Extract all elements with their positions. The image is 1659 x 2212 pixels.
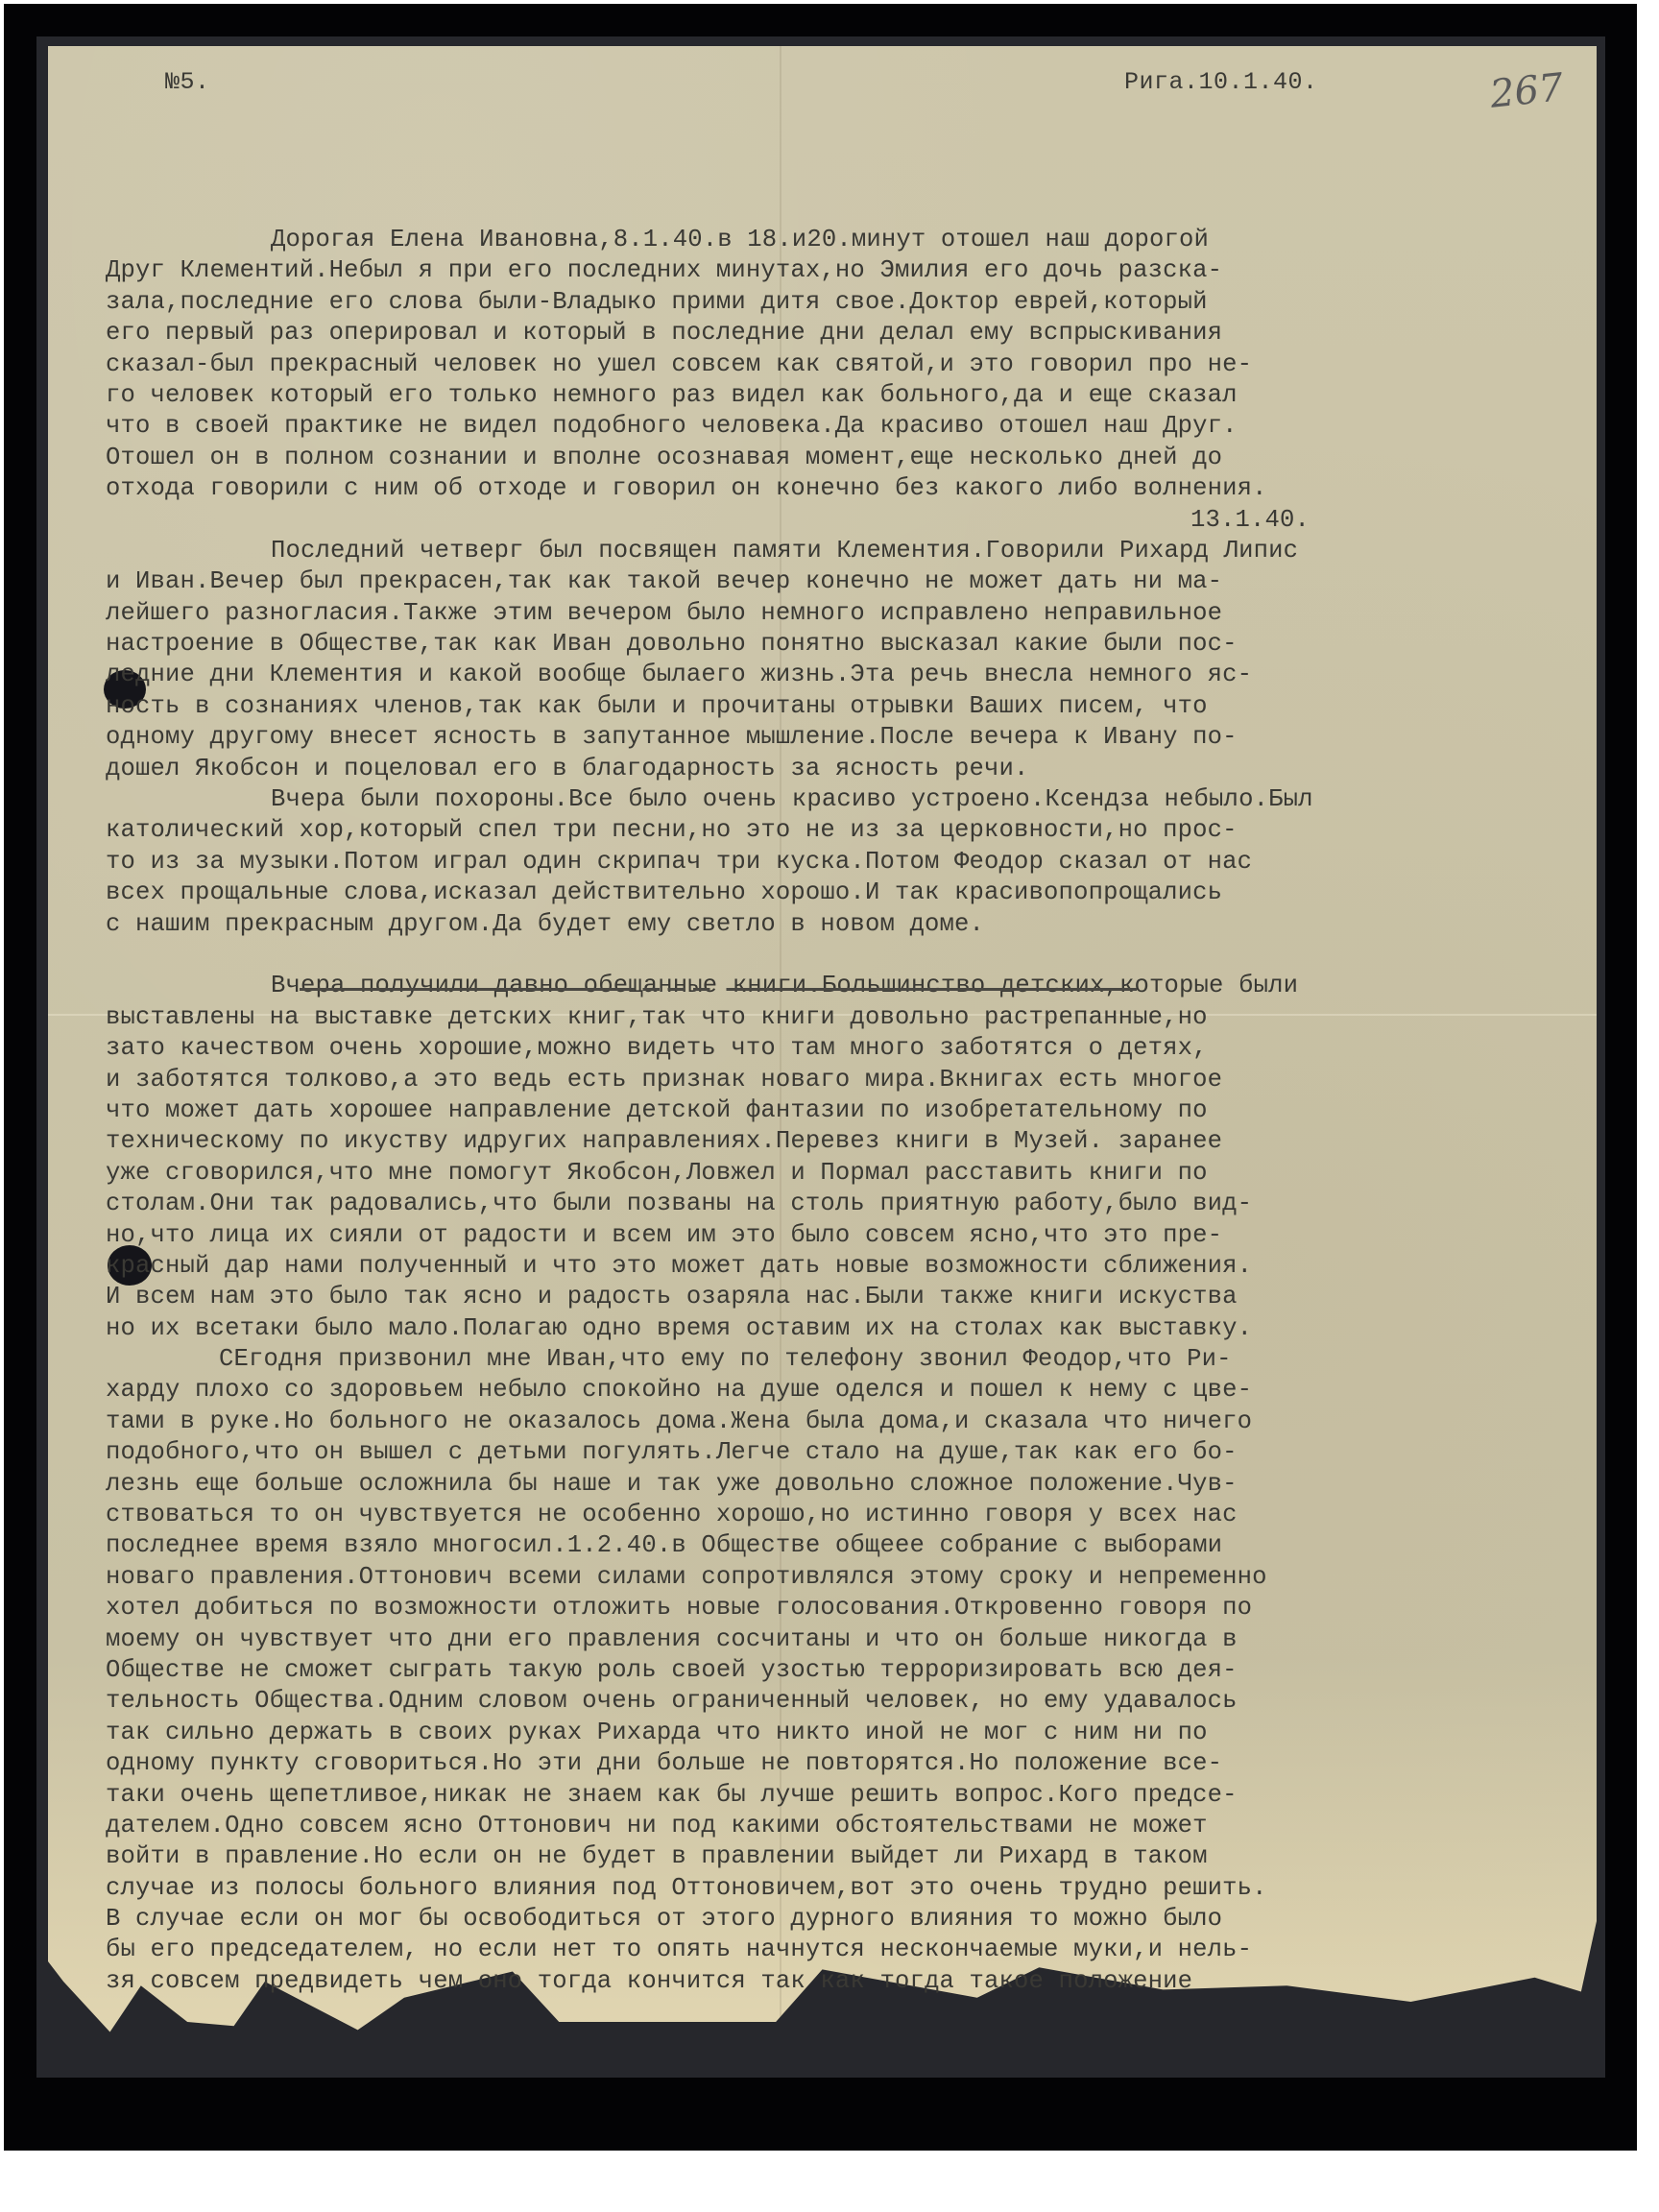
text-line: зато качеством очень хорошие,можно видет… [106, 1033, 1584, 1064]
text-line: дателем.Одно совсем ясно Оттонович ни по… [106, 1811, 1584, 1841]
text-line: Друг Клементий.Небыл я при его последних… [106, 255, 1584, 286]
text-line: дошел Якобсон и поцеловал его в благодар… [106, 754, 1584, 784]
text-line: сказал-был прекрасный человек но ушел со… [106, 349, 1584, 380]
text-line: и заботятся толково,а это ведь есть приз… [106, 1065, 1584, 1095]
letter-body: Дорогая Елена Ивановна,8.1.40.в 18.и20.м… [106, 225, 1584, 1997]
text-line: красный дар нами полученный и что это мо… [106, 1251, 1584, 1282]
text-line: но,что лица их сияли от радости и всем и… [106, 1220, 1584, 1251]
text-line: В случае если он мог бы освободиться от … [106, 1904, 1584, 1935]
text-line: войти в правление.Но если он не будет в … [106, 1841, 1584, 1872]
text-line: с нашим прекрасным другом.Да будет ему с… [106, 909, 1584, 940]
text-line: хотел добиться по возможности отложить н… [106, 1593, 1584, 1623]
text-line: Обществе не сможет сыграть такую роль св… [106, 1655, 1584, 1686]
divider-spacer [106, 940, 1584, 971]
text-line: ствоваться то он чувствуется не особенно… [106, 1500, 1584, 1530]
text-line: столам.Они так радовались,что были позва… [106, 1189, 1584, 1219]
text-line: ледние дни Клементия и какой вообще была… [106, 660, 1584, 690]
text-line: отхода говорили с ним об отходе и говори… [106, 473, 1584, 504]
text-line: что может дать хорошее направление детск… [106, 1095, 1584, 1126]
text-line: что в своей практике не видел подобного … [106, 411, 1584, 442]
text-line: харду плохо со здоровьем небыло спокойно… [106, 1375, 1584, 1406]
text-line: лезнь еще больше осложнила бы наше и так… [106, 1469, 1584, 1500]
text-line: и Иван.Вечер был прекрасен,так как такой… [106, 566, 1584, 597]
text-line: одному пункту сговориться.Но эти дни бол… [106, 1748, 1584, 1779]
text-line: ность в сознаниях членов,так как были и … [106, 691, 1584, 722]
text-line: моему он чувствует что дни его правления… [106, 1624, 1584, 1655]
section-divider [300, 988, 1137, 991]
text-line: новаго правления.Оттонович всеми силами … [106, 1562, 1584, 1593]
text-line: Вчера были похороны.Все было очень краси… [106, 784, 1584, 815]
text-line: таки очень щепетливое,никак не знаем как… [106, 1780, 1584, 1811]
text-line: последнее время взяло многосил.1.2.40.в … [106, 1530, 1584, 1561]
letter-place-date: Рига.10.1.40. [1124, 68, 1318, 96]
text-line: техническому по икуству идругих направле… [106, 1126, 1584, 1157]
text-line: СЕгодня призвонил мне Иван,что ему по те… [106, 1344, 1584, 1375]
text-line: тельность Общества.Одним словом очень ог… [106, 1686, 1584, 1717]
text-line: Дорогая Елена Ивановна,8.1.40.в 18.и20.м… [106, 225, 1584, 255]
text-line: тами в руке.Но больного не оказалось дом… [106, 1407, 1584, 1437]
text-line: но их всетаки было мало.Полагаю одно вре… [106, 1313, 1584, 1344]
text-line: зя совсем предвидеть чем оно тогда кончи… [106, 1966, 1584, 1997]
text-line: так сильно держать в своих руках Рихарда… [106, 1718, 1584, 1748]
text-line: Последний четверг был посвящен памяти Кл… [106, 536, 1584, 566]
text-line: лейшего разногласия.Также этим вечером б… [106, 598, 1584, 629]
section-date: 13.1.40. [106, 505, 1584, 536]
text-line: И всем нам это было так ясно и радость о… [106, 1282, 1584, 1312]
text-line: го человек который его только немного ра… [106, 380, 1584, 411]
text-line: бы его председателем, но если нет то опя… [106, 1935, 1584, 1965]
text-line: Отошел он в полном сознании и вполне осо… [106, 443, 1584, 473]
text-line: зала,последние его слова были-Владыко пр… [106, 287, 1584, 318]
handwritten-folio-number: 267 [1488, 65, 1566, 117]
text-line: католический хор,который спел три песни,… [106, 815, 1584, 846]
text-line: одному другому внесет ясность в запутанн… [106, 722, 1584, 753]
letter-number: №5. [165, 68, 210, 96]
text-line: случае из полосы больного влияния под От… [106, 1873, 1584, 1904]
text-line: Вчера получили давно обещанные книги.Бол… [106, 971, 1584, 1001]
text-line: настроение в Обществе,так как Иван довол… [106, 629, 1584, 660]
text-line: выставлены на выставке детских книг,так … [106, 1002, 1584, 1033]
text-line: всех прощальные слова,исказал действител… [106, 878, 1584, 908]
text-line: его первый раз оперировал и который в по… [106, 318, 1584, 349]
text-line: подобного,что он вышел с детьми погулять… [106, 1437, 1584, 1468]
text-line: то из за музыки.Потом играл один скрипач… [106, 847, 1584, 878]
text-line: уже сговорился,что мне помогут Якобсон,Л… [106, 1158, 1584, 1189]
